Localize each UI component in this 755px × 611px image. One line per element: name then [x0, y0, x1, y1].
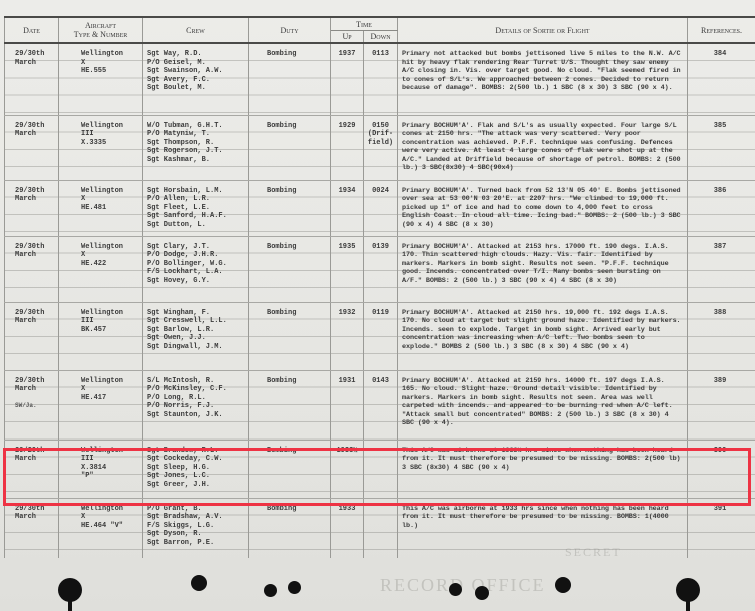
- aircraft-number: BK.457: [63, 326, 139, 335]
- punch-hole-icon: [288, 581, 301, 594]
- time-down: 0150 (Drif- field): [364, 116, 397, 150]
- row-date: 29/30th March: [5, 44, 58, 69]
- time-up: 1932: [331, 303, 363, 320]
- table-row-highlighted: 29/20th March Wellington IIIX.3814 "P" S…: [5, 440, 755, 498]
- header-references: References.: [688, 17, 755, 43]
- duty: Bombing: [249, 499, 330, 516]
- row-date: 29/30th March: [5, 303, 58, 328]
- aircraft-type: Wellington X: [63, 50, 139, 67]
- header-details: Details of Sortie or Flight: [398, 17, 688, 43]
- crew-list: Sgt Wingham, F. Sgt Cresswell, L.L. Sgt …: [143, 303, 248, 354]
- time-up: 1929: [331, 116, 363, 133]
- row-date: 29/30th MarchSW/Ja.: [5, 371, 58, 413]
- duty: Bombing: [249, 441, 330, 458]
- time-up: 1933½: [331, 441, 363, 458]
- header-time: Time: [331, 17, 398, 31]
- table-row: 29/30th March Wellington XHE.555 Sgt Way…: [5, 43, 755, 115]
- faint-stamp-secret: SECRET: [565, 545, 622, 560]
- table-row: 29/30th MarchSW/Ja. Wellington XHE.417 S…: [5, 370, 755, 440]
- sortie-details: Primary BOCHUM'A'. Turned back from 52 1…: [398, 181, 687, 232]
- crew-list: Sgt Way, R.D. P/O Geisel, M. Sgt Swainso…: [143, 44, 248, 95]
- sortie-details: This A/C was airborne at 1933½ hrs since…: [398, 441, 687, 475]
- duty: Bombing: [249, 371, 330, 388]
- reference-number: 390: [688, 441, 755, 458]
- row-date: 29/30th March: [5, 237, 58, 262]
- reference-number: 384: [688, 44, 755, 61]
- table-row: 29/30th March Wellington XHE.464 "V" P/O…: [5, 498, 755, 558]
- time-down: 0113: [364, 44, 397, 61]
- time-down: [364, 499, 397, 507]
- punch-hole-icon: [555, 577, 571, 593]
- row-date-text: 29/30th March: [15, 377, 44, 394]
- crew-list: W/O Tubman, G.H.T. P/O Matyniw, T. Sgt T…: [143, 116, 248, 167]
- header-time-down: Down: [364, 31, 398, 44]
- sortie-details: Primary BOCHUM'A'. Attacked at 2150 hrs.…: [398, 303, 687, 354]
- reference-number: 387: [688, 237, 755, 254]
- sortie-details: This A/C was airborne at 1933 hrs since …: [398, 499, 687, 533]
- aircraft-type: Wellington X: [63, 505, 139, 522]
- header-duty: Duty: [249, 17, 331, 43]
- aircraft-type: Wellington X: [63, 243, 139, 260]
- punch-hole-icon: [449, 583, 462, 596]
- time-up: 1933: [331, 499, 363, 516]
- sortie-details: Primary BOCHUM'A'. Attacked at 2153 hrs.…: [398, 237, 687, 288]
- table-row: 29/30th March Wellington IIIBK.457 Sgt W…: [5, 302, 755, 370]
- crew-list: S/L McIntosh, R. P/O McKinsley, C.F. P/O…: [143, 371, 248, 422]
- aircraft-number: HE.464 "V": [63, 522, 139, 531]
- aircraft-type: Wellington X: [63, 187, 139, 204]
- table-row: 29/30th March Wellington XHE.481 Sgt Hor…: [5, 180, 755, 236]
- crew-list: P/O Grant, B. Sgt Bradshaw, A.V. F/S Ski…: [143, 499, 248, 550]
- punch-hole-icon: [264, 584, 277, 597]
- aircraft-type: Wellington III: [63, 447, 139, 464]
- time-up: 1937: [331, 44, 363, 61]
- sortie-details: Primary BOCHUM'A'. Flak and S/L's as usu…: [398, 116, 687, 176]
- table-row: 29/30th March Wellington IIIX.3335 W/O T…: [5, 115, 755, 180]
- operations-record-table: Date Aircraft Type & Number Crew Duty Ti…: [4, 16, 755, 558]
- aircraft-type: Wellington III: [63, 309, 139, 326]
- aircraft-number: X.3814 "P": [63, 464, 139, 481]
- punch-slot-icon: [686, 598, 690, 611]
- crew-list: Sgt Horsbain, L.M. P/O Allen, L.R. Sgt F…: [143, 181, 248, 232]
- aircraft-type: Wellington X: [63, 377, 139, 394]
- aircraft-number: HE.417: [63, 394, 139, 403]
- document-page: Date Aircraft Type & Number Crew Duty Ti…: [0, 0, 755, 611]
- punch-hole-icon: [191, 575, 207, 591]
- sortie-details: Primary BOCHUM'A'. Attacked at 2159 hrs.…: [398, 371, 687, 431]
- time-up: 1934: [331, 181, 363, 198]
- aircraft-type: Wellington III: [63, 122, 139, 139]
- sortie-details: Primary not attacked but bombs jettisone…: [398, 44, 687, 95]
- crew-list: Sgt Clary, J.T. P/O Dodge, J.H.R. P/O Bo…: [143, 237, 248, 288]
- reference-number: 389: [688, 371, 755, 388]
- aircraft-number: X.3335: [63, 139, 139, 148]
- aircraft-number: HE.481: [63, 204, 139, 213]
- time-down: [364, 441, 397, 449]
- time-down: 0024: [364, 181, 397, 198]
- punch-hole-icon: [475, 586, 489, 600]
- reference-number: 385: [688, 116, 755, 133]
- faint-stamp-record-office: RECORD OFFICE: [380, 575, 546, 596]
- time-down: 0119: [364, 303, 397, 320]
- reference-number: 391: [688, 499, 755, 516]
- punch-slot-icon: [68, 598, 72, 611]
- time-up: 1931: [331, 371, 363, 388]
- row-date: 29/20th March: [5, 441, 58, 466]
- time-up: 1935: [331, 237, 363, 254]
- header-time-up: Up: [331, 31, 364, 44]
- reference-number: 388: [688, 303, 755, 320]
- margin-note: SW/Ja.: [15, 402, 37, 409]
- aircraft-number: HE.555: [63, 67, 139, 76]
- row-date: 29/30th March: [5, 499, 58, 524]
- duty: Bombing: [249, 181, 330, 198]
- header-aircraft: Aircraft Type & Number: [59, 17, 143, 43]
- time-down: 0139: [364, 237, 397, 254]
- duty: Bombing: [249, 44, 330, 61]
- duty: Bombing: [249, 116, 330, 133]
- header-date: Date: [5, 17, 59, 43]
- duty: Bombing: [249, 237, 330, 254]
- aircraft-number: HE.422: [63, 260, 139, 269]
- row-date: 29/30th March: [5, 116, 58, 141]
- reference-number: 386: [688, 181, 755, 198]
- operations-record-sheet: Date Aircraft Type & Number Crew Duty Ti…: [4, 16, 755, 558]
- duty: Bombing: [249, 303, 330, 320]
- crew-list: Sgt Brandow, R.L. Sgt Cockeday, C.W. Sgt…: [143, 441, 248, 492]
- table-row: 29/30th March Wellington XHE.422 Sgt Cla…: [5, 236, 755, 302]
- header-crew: Crew: [143, 17, 249, 43]
- time-down: 0143: [364, 371, 397, 388]
- row-date: 29/30th March: [5, 181, 58, 206]
